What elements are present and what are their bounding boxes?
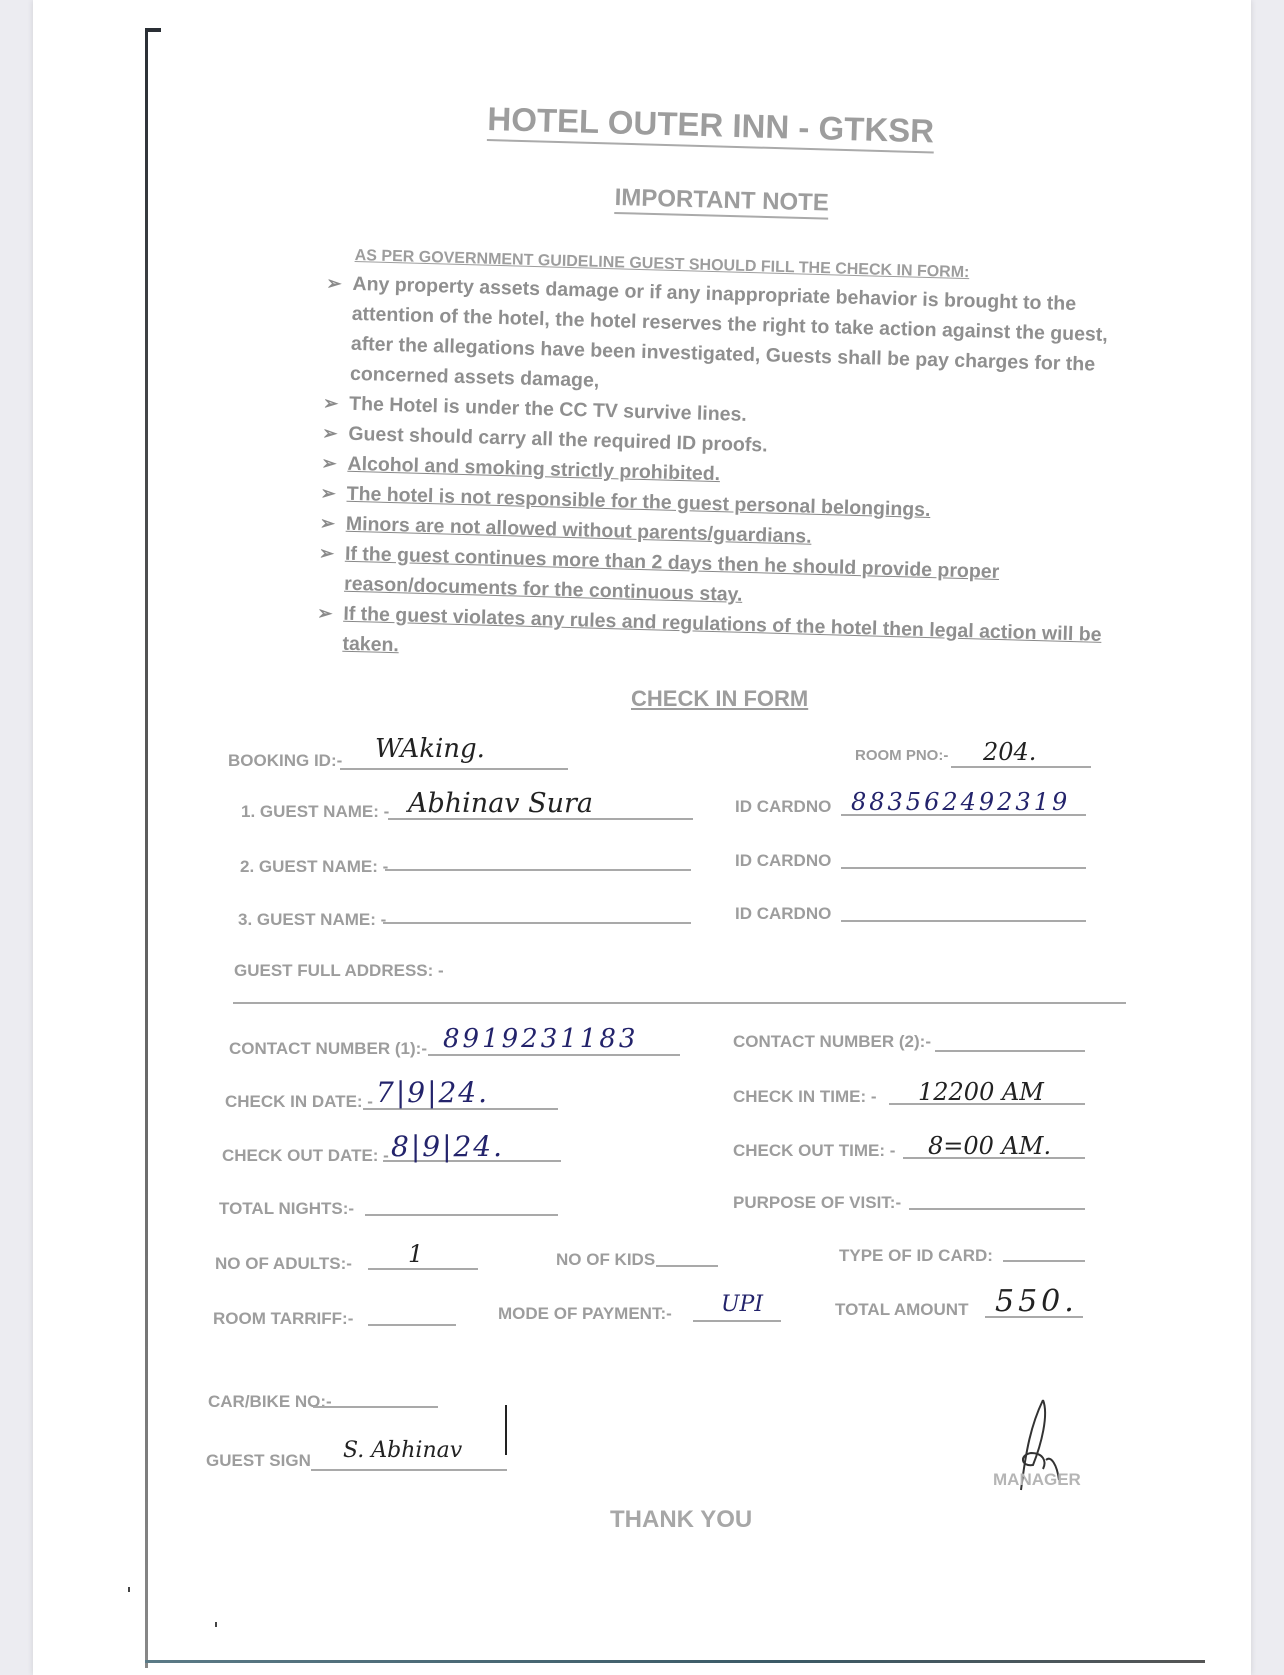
purpose-label: PURPOSE OF VISIT:- [733, 1193, 901, 1213]
check-in-time-value[interactable]: 12200 AM [918, 1078, 1044, 1106]
contact-1-value[interactable]: 8919231183 [443, 1024, 638, 1054]
guest-name-1-value[interactable]: Abhinav Sura [408, 788, 593, 819]
rule-item: ➢Any property assets damage or if any in… [320, 268, 1143, 411]
arrow-bullet-icon: ➢ [323, 388, 339, 418]
booking-id-value[interactable]: WAking. [375, 734, 485, 764]
check-out-time-value[interactable]: 8=00 AM. [928, 1132, 1051, 1160]
adults-line [368, 1268, 478, 1270]
check-in-date-value[interactable]: 7|9|24. [376, 1076, 489, 1109]
total-amount-label: TOTAL AMOUNT [835, 1300, 968, 1320]
room-no-line [951, 766, 1091, 768]
total-nights-label: TOTAL NIGHTS:- [219, 1199, 354, 1219]
contact-2-line [935, 1050, 1085, 1052]
address-label: GUEST FULL ADDRESS: - [234, 961, 444, 981]
guest-name-2-label: 2. GUEST NAME: - [240, 857, 388, 877]
arrow-bullet-icon: ➢ [319, 508, 335, 538]
adults-value[interactable]: 1 [408, 1240, 423, 1268]
check-out-date-value[interactable]: 8|9|24. [391, 1130, 504, 1163]
scan-speck [128, 1587, 130, 1592]
address-line [233, 1002, 1126, 1004]
guest-name-2-line [385, 869, 691, 871]
id-card-1-label: ID CARDNO [735, 797, 831, 817]
id-card-3-line [841, 920, 1086, 922]
payment-mode-line [693, 1320, 781, 1322]
tariff-line [368, 1324, 456, 1326]
id-card-2-line [841, 867, 1086, 869]
check-in-date-label: CHECK IN DATE: - [225, 1092, 373, 1112]
check-in-time-label: CHECK IN TIME: - [733, 1087, 877, 1107]
booking-id-label: BOOKING ID:- [228, 751, 342, 771]
arrow-bullet-icon: ➢ [321, 448, 337, 478]
check-out-date-label: CHECK OUT DATE: - [222, 1146, 389, 1166]
arrow-bullet-icon: ➢ [322, 418, 338, 448]
check-in-form-title: CHECK IN FORM [631, 686, 808, 712]
rule-text: Any property assets damage or if any ina… [350, 273, 1108, 392]
arrow-bullet-icon: ➢ [326, 268, 342, 298]
purpose-line [909, 1208, 1085, 1210]
contact-2-label: CONTACT NUMBER (2):- [733, 1032, 931, 1052]
id-type-line [1003, 1260, 1085, 1262]
payment-mode-label: MODE OF PAYMENT:- [498, 1304, 672, 1324]
room-no-value[interactable]: 204. [983, 738, 1036, 766]
id-card-2-label: ID CARDNO [735, 851, 831, 871]
hotel-title: HOTEL OUTER INN - GTKSR [487, 100, 935, 153]
guest-name-3-line [383, 922, 691, 924]
scan-speck [215, 1622, 217, 1627]
check-out-time-label: CHECK OUT TIME: - [733, 1141, 895, 1161]
room-no-label: ROOM PNO:- [855, 747, 948, 764]
booking-id-line [340, 768, 568, 770]
vehicle-no-label: CAR/BIKE NO:- [208, 1392, 332, 1412]
id-type-label: TYPE OF ID CARD: [839, 1246, 993, 1266]
scan-edge-bottom [145, 1660, 1205, 1663]
total-nights-line [365, 1214, 558, 1216]
arrow-bullet-icon: ➢ [317, 598, 333, 628]
guest-signature[interactable]: S. Abhinav [343, 1438, 462, 1463]
guest-signature-stroke [505, 1405, 507, 1455]
guest-sign-line [311, 1469, 507, 1471]
vehicle-no-line [313, 1406, 438, 1408]
contact-1-line [428, 1054, 680, 1056]
id-card-3-label: ID CARDNO [735, 904, 831, 924]
kids-line [656, 1265, 718, 1267]
manager-label: MANAGER [993, 1470, 1081, 1490]
guest-sign-label: GUEST SIGN [206, 1451, 311, 1471]
rules-list: ➢Any property assets damage or if any in… [312, 268, 1143, 681]
tariff-label: ROOM TARRIFF:- [213, 1309, 353, 1329]
guest-name-3-label: 3. GUEST NAME: - [238, 910, 386, 930]
document-page: HOTEL OUTER INN - GTKSR IMPORTANT NOTE A… [33, 0, 1251, 1675]
adults-label: NO OF ADULTS:- [215, 1254, 352, 1274]
scan-edge-left [145, 28, 148, 1668]
total-amount-value[interactable]: 550. [995, 1284, 1078, 1319]
arrow-bullet-icon: ➢ [320, 478, 336, 508]
important-note-heading: IMPORTANT NOTE [614, 184, 829, 220]
arrow-bullet-icon: ➢ [319, 538, 335, 568]
id-card-1-value[interactable]: 883562492319 [851, 788, 1070, 816]
kids-label: NO OF KIDS [556, 1250, 655, 1270]
contact-1-label: CONTACT NUMBER (1):- [229, 1039, 427, 1059]
guest-name-1-label: 1. GUEST NAME: - [241, 802, 389, 822]
thank-you-text: THANK YOU [610, 1506, 752, 1534]
payment-mode-value[interactable]: UPI [721, 1292, 763, 1317]
